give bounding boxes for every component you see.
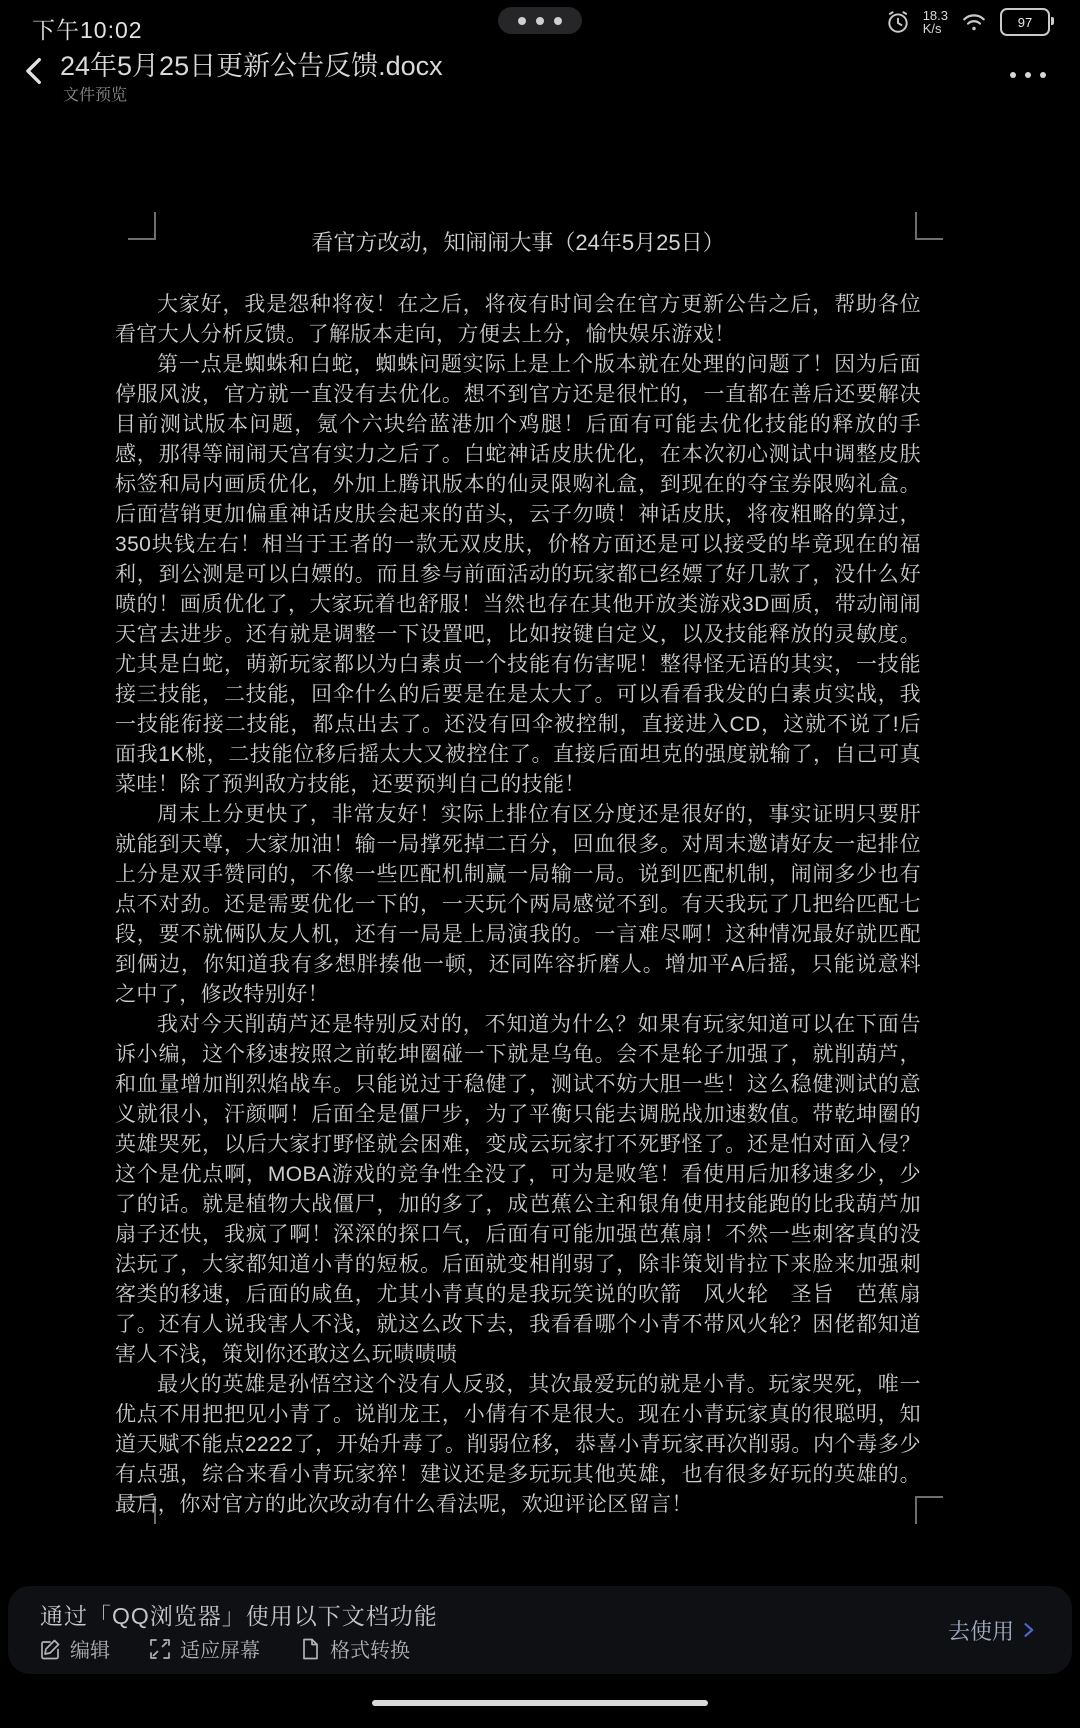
- battery-icon: 97: [1000, 8, 1050, 36]
- fit-screen-button[interactable]: 适应屏幕: [148, 1634, 260, 1663]
- camera-notch-pill: [498, 7, 582, 34]
- document-page[interactable]: 看官方改动，知闹闹大事（24年5月25日） 大家好，我是怨种将夜！在之后，将夜有…: [115, 228, 921, 1520]
- edit-label: 编辑: [70, 1634, 110, 1663]
- chevron-left-icon: [18, 54, 52, 88]
- document-paragraph: 周末上分更快了，非常友好！实际上排位有区分度还是很好的，事实证明只要肝就能到天尊…: [115, 800, 921, 1010]
- document-preview-screen: 下午10:02 18.3 K/s 97: [0, 0, 1080, 1728]
- document-paragraph: 我对今天削葫芦还是特别反对的，不知道为什么？如果有玩家知道可以在下面告诉小编，这…: [115, 1010, 921, 1370]
- file-title: 24年5月25日更新公告反馈.docx: [60, 44, 443, 83]
- camera-dot-icon: [554, 17, 562, 25]
- document-convert-icon: [298, 1637, 322, 1661]
- status-icons: 18.3 K/s 97: [885, 8, 1050, 36]
- document-paragraph: 大家好，我是怨种将夜！在之后，将夜有时间会在官方更新公告之后，帮助各位看官大人分…: [115, 290, 921, 350]
- network-speed: 18.3 K/s: [923, 9, 948, 35]
- fit-screen-icon: [148, 1637, 172, 1661]
- chevron-right-icon: [1018, 1620, 1038, 1640]
- back-button[interactable]: [18, 54, 54, 90]
- alarm-icon: [885, 9, 911, 35]
- wifi-icon: [960, 9, 988, 35]
- document-paragraph: 最火的英雄是孙悟空这个没有人反驳，其次最爱玩的就是小青。玩家哭死，唯一优点不用把…: [115, 1370, 921, 1520]
- format-convert-button[interactable]: 格式转换: [298, 1634, 410, 1663]
- tools-actions: 编辑 适应屏幕 格式转: [38, 1634, 410, 1663]
- more-dot-icon: [1010, 72, 1016, 78]
- camera-dot-icon: [536, 17, 544, 25]
- use-now-label: 去使用: [948, 1615, 1014, 1646]
- edit-button[interactable]: 编辑: [38, 1634, 110, 1663]
- document-title: 看官方改动，知闹闹大事（24年5月25日）: [115, 228, 921, 258]
- network-speed-unit: K/s: [923, 22, 942, 35]
- more-dot-icon: [1040, 72, 1046, 78]
- fit-screen-label: 适应屏幕: [180, 1634, 260, 1663]
- use-now-button[interactable]: 去使用: [948, 1586, 1038, 1674]
- file-preview-label: 文件预览: [63, 82, 127, 105]
- camera-dot-icon: [518, 17, 526, 25]
- battery-level: 97: [1018, 15, 1032, 30]
- qq-browser-tools-panel: 通过「QQ浏览器」使用以下文档功能 编辑: [8, 1586, 1072, 1674]
- more-dot-icon: [1025, 72, 1031, 78]
- home-indicator[interactable]: [372, 1700, 708, 1706]
- more-options-button[interactable]: [1004, 66, 1052, 84]
- document-paragraph: 第一点是蜘蛛和白蛇，蜘蛛问题实际上是上个版本就在处理的问题了！因为后面停服风波，…: [115, 350, 921, 800]
- edit-icon: [38, 1637, 62, 1661]
- tools-panel-title: 通过「QQ浏览器」使用以下文档功能: [40, 1598, 438, 1631]
- format-convert-label: 格式转换: [330, 1634, 410, 1663]
- status-time: 下午10:02: [32, 12, 143, 45]
